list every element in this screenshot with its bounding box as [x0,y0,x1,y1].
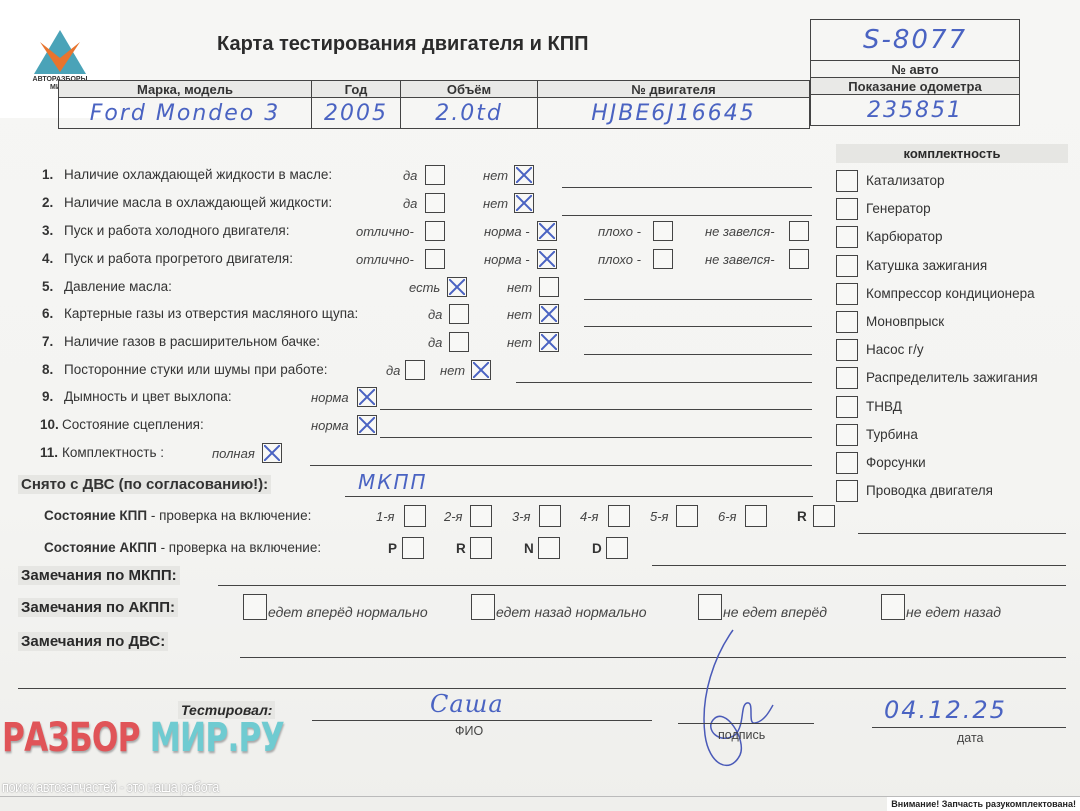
option-checkbox[interactable] [471,360,491,380]
completeness-label: Проводка двигателя [866,483,993,498]
check-number: 10. [40,417,59,432]
page-title: Карта тестирования двигателя и КПП [217,33,588,56]
gear-manual-checkbox[interactable] [813,505,835,527]
completeness-checkbox[interactable] [836,480,858,502]
option-checkbox[interactable] [514,165,534,185]
check-notes-line[interactable] [562,187,812,188]
option-checkbox[interactable] [653,249,673,269]
check-number: 7. [42,334,53,349]
check-number: 4. [42,251,53,266]
option-label: норма - [484,224,530,239]
akpp-option-checkbox[interactable] [698,594,722,620]
check-number: 8. [42,362,53,377]
gear-manual-label: 4-я [580,509,599,524]
car-no-label: № авто [811,61,1020,78]
check-notes-line[interactable] [516,382,812,383]
option-checkbox[interactable] [449,332,469,352]
gear-manual-label: 1-я [376,509,395,524]
option-checkbox[interactable] [539,304,559,324]
completeness-label: Генератор [866,201,931,216]
make-model-value[interactable]: Ford Mondeo 3 [59,98,312,129]
akpp-option-checkbox[interactable] [881,594,905,620]
check-notes-line[interactable] [380,409,812,410]
gearbox-label-bold: Состояние КПП [44,508,147,523]
gear-manual-label: 3-я [512,509,531,524]
option-checkbox[interactable] [357,415,377,435]
akpp-option-label: едет назад нормально [496,604,647,620]
completeness-checkbox[interactable] [836,367,858,389]
warning-badge: Внимание! Запчасть разукомплектована! [887,797,1080,811]
check-label: Наличие газов в расширительном бачке: [64,334,320,349]
tester-name-value[interactable]: Саша [430,690,504,718]
option-checkbox[interactable] [447,277,467,297]
option-label: нет [483,168,508,183]
gear-auto-label: N [524,541,534,556]
gearbox-manual-notes-line[interactable] [858,533,1066,534]
completeness-checkbox[interactable] [836,339,858,361]
gearbox-label-bold: Состояние АКПП [44,540,157,555]
col-engine-no: № двигателя [538,81,810,98]
completeness-checkbox[interactable] [836,198,858,220]
option-checkbox[interactable] [425,221,445,241]
col-volume: Объём [401,81,538,98]
remarks-mkpp-label: Замечания по МКПП: [18,566,180,585]
signature-caption: подпись [718,728,765,742]
akpp-option-label: не едет вперёд [723,604,827,620]
gearbox-auto-notes-line[interactable] [652,565,1066,566]
signature-line [678,723,814,724]
option-checkbox[interactable] [789,249,809,269]
car-info-table: S-8077 № авто Показание одометра 235851 [810,19,1020,126]
gear-auto-label: P [388,541,397,556]
completeness-label: Катализатор [866,173,944,188]
option-label: полная [212,446,255,461]
gear-auto-label: D [592,541,602,556]
gear-auto-checkbox[interactable] [402,537,424,559]
completeness-label: Турбина [866,427,918,442]
option-label: норма [311,390,349,405]
gear-auto-checkbox[interactable] [538,537,560,559]
option-label: нет [440,363,465,378]
option-checkbox[interactable] [425,249,445,269]
option-label: да [428,307,442,322]
check-label: Наличие охлаждающей жидкости в масле: [64,167,332,182]
check-number: 5. [42,279,53,294]
removed-label: Снято с ДВС (по согласованию!): [18,475,271,494]
check-number: 3. [42,223,53,238]
option-checkbox[interactable] [789,221,809,241]
check-number: 1. [42,167,53,182]
option-label: да [428,335,442,350]
date-line [872,727,1066,728]
option-label: нет [507,335,532,350]
gear-manual-checkbox[interactable] [539,505,561,527]
option-checkbox[interactable] [537,249,557,269]
watermark-red: РАЗБОР [2,715,150,761]
date-value[interactable]: 04.12.25 [884,696,1007,724]
option-checkbox[interactable] [405,360,425,380]
option-checkbox[interactable] [425,193,445,213]
option-label: да [403,196,417,211]
signature-scribble-icon[interactable] [685,625,780,775]
odometer-value[interactable]: 235851 [811,95,1020,126]
check-label: Пуск и работа прогретого двигателя: [64,251,293,266]
remarks-mkpp-line[interactable] [218,585,1066,586]
check-label: Давление масла: [64,279,172,294]
engine-no-value[interactable]: HJBE6J16645 [538,98,810,129]
completeness-checkbox[interactable] [836,283,858,305]
akpp-option-label: не едет назад [906,604,1001,620]
akpp-option-checkbox[interactable] [471,594,495,620]
name-caption: ФИО [455,724,483,738]
option-checkbox[interactable] [262,443,282,463]
option-checkbox[interactable] [425,165,445,185]
check-label: Картерные газы из отверстия масляного щу… [64,306,358,321]
gearbox-label-rest: - проверка на включение: [157,540,321,555]
gear-manual-label: 2-я [444,509,463,524]
gear-manual-checkbox[interactable] [745,505,767,527]
akpp-option-checkbox[interactable] [243,594,267,620]
gear-manual-label: R [797,509,807,524]
option-label: нет [507,307,532,322]
check-number: 11. [40,445,58,460]
check-notes-line[interactable] [310,465,812,466]
vehicle-info-table: Марка, модель Год Объём № двигателя Ford… [58,80,810,129]
removed-line [345,496,813,497]
col-year: Год [312,81,401,98]
option-label: плохо - [598,252,641,267]
completeness-label: Моновпрыск [866,314,944,329]
gearbox-manual-label: Состояние КПП - проверка на включение: [44,508,311,523]
completeness-label: Насос г/у [866,342,924,357]
gear-manual-checkbox[interactable] [608,505,630,527]
check-label: Пуск и работа холодного двигателя: [64,223,290,238]
completeness-label: Форсунки [866,455,926,470]
completeness-checkbox[interactable] [836,311,858,333]
watermark-slogan: поиск автозапчастей - это наша работа [2,779,219,796]
col-make-model: Марка, модель [59,81,312,98]
gear-manual-label: 6-я [718,509,737,524]
gear-auto-label: R [456,541,466,556]
gear-manual-label: 5-я [650,509,669,524]
completeness-checkbox[interactable] [836,424,858,446]
name-line [312,720,652,721]
option-label: нет [483,196,508,211]
option-label: плохо - [598,224,641,239]
gear-manual-checkbox[interactable] [404,505,426,527]
completeness-checkbox[interactable] [836,170,858,192]
test-card-sheet: АВТОРАЗБОРЫ МИРА Карта тестирования двиг… [0,0,1080,811]
option-label: нет [507,280,532,295]
gear-auto-checkbox[interactable] [470,537,492,559]
option-checkbox[interactable] [653,221,673,241]
remarks-extra-line[interactable] [18,688,1066,689]
completeness-checkbox[interactable] [836,452,858,474]
check-notes-line[interactable] [584,326,812,327]
completeness-checkbox[interactable] [836,255,858,277]
gearbox-label-rest: - проверка на включение: [147,508,311,523]
check-notes-line[interactable] [380,437,812,438]
option-label: да [386,363,400,378]
option-label: да [403,168,417,183]
completeness-label: Катушка зажигания [866,258,987,273]
completeness-title: комплектность [836,144,1068,163]
option-checkbox[interactable] [539,277,559,297]
option-label: не завелся- [705,252,775,267]
check-label: Посторонние стуки или шумы при работе: [64,362,328,377]
watermark-blue: МИР.РУ [150,715,284,761]
akpp-option-label: едет вперёд нормально [268,604,428,620]
option-label: отлично- [356,252,414,267]
watermark-brand: РАЗБОР МИР.РУ [2,715,284,761]
check-label: Комплектность : [62,445,164,460]
option-checkbox[interactable] [514,193,534,213]
remarks-dvs-line[interactable] [240,657,1066,658]
gear-auto-checkbox[interactable] [606,537,628,559]
option-label: отлично- [356,224,414,239]
remarks-akpp-label: Замечания по АКПП: [18,598,178,617]
option-checkbox[interactable] [357,387,377,407]
gearbox-auto-label: Состояние АКПП - проверка на включение: [44,540,321,555]
logo-mark-icon [32,28,88,76]
option-checkbox[interactable] [539,332,559,352]
check-number: 6. [42,306,53,321]
completeness-checkbox[interactable] [836,396,858,418]
option-label: норма [311,418,349,433]
option-label: не завелся- [705,224,775,239]
completeness-label: ТНВД [866,399,902,414]
check-notes-line[interactable] [584,354,812,355]
gear-manual-checkbox[interactable] [676,505,698,527]
removed-value[interactable]: МКПП [358,470,428,494]
volume-value[interactable]: 2.0td [401,98,538,129]
check-label: Наличие масла в охлаждающей жидкости: [64,195,332,210]
remarks-dvs-label: Замечания по ДВС: [18,632,168,651]
check-number: 2. [42,195,53,210]
check-number: 9. [42,389,53,404]
check-label: Состояние сцепления: [62,417,204,432]
check-notes-line[interactable] [562,215,812,216]
completeness-label: Компрессор кондиционера [866,286,1035,301]
option-label: есть [409,280,440,295]
option-checkbox[interactable] [449,304,469,324]
completeness-label: Распределитель зажигания [866,370,1038,385]
check-notes-line[interactable] [584,299,812,300]
car-no-value[interactable]: S-8077 [811,20,1020,61]
option-label: норма - [484,252,530,267]
completeness-checkbox[interactable] [836,226,858,248]
completeness-label: Карбюратор [866,229,943,244]
gear-manual-checkbox[interactable] [470,505,492,527]
date-caption: дата [957,731,984,745]
year-value[interactable]: 2005 [312,98,401,129]
check-label: Дымность и цвет выхлопа: [64,389,232,404]
option-checkbox[interactable] [537,221,557,241]
odometer-label: Показание одометра [811,78,1020,95]
